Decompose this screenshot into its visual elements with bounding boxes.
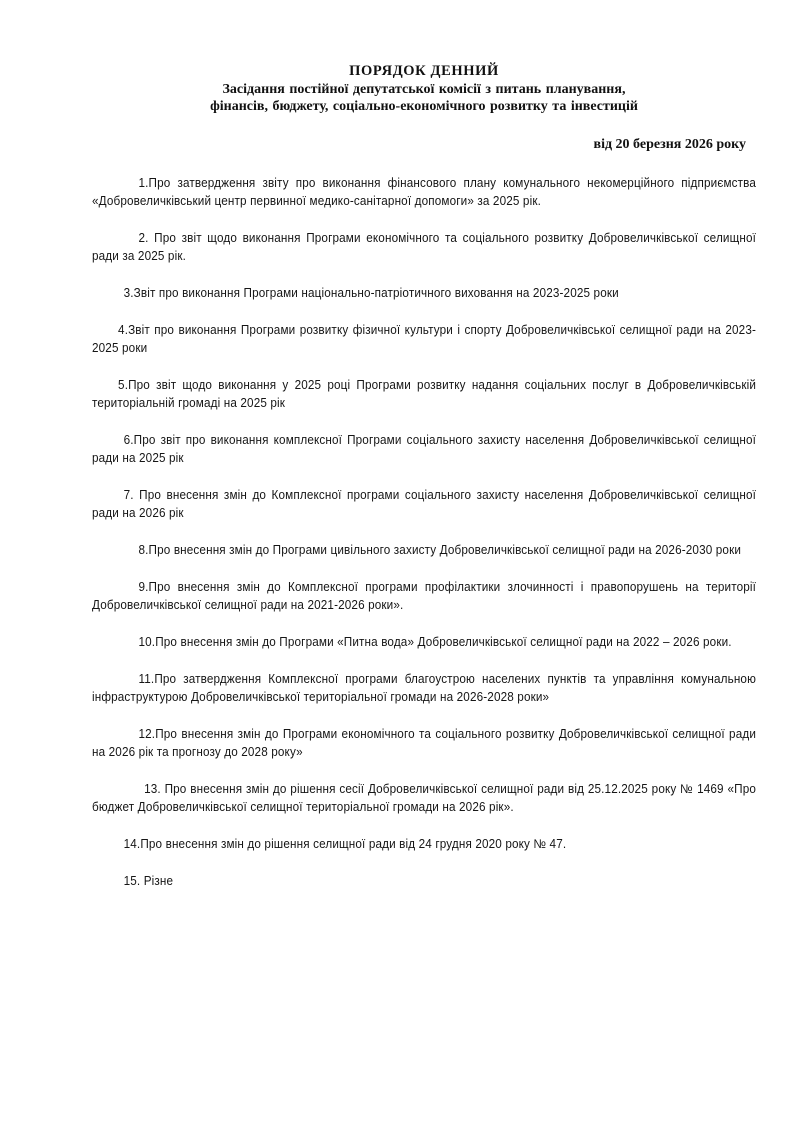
- agenda-item-number: 6.: [124, 433, 134, 447]
- document-subtitle-line-2: фінансів, бюджету, соціально-економічног…: [92, 98, 756, 115]
- document-title: ПОРЯДОК ДЕННИЙ: [92, 62, 756, 81]
- document-subtitle-line-1: Засідання постійної депутатської комісії…: [92, 81, 756, 98]
- agenda-item-15: 15. Різне: [92, 872, 756, 890]
- agenda-item-14: 14.Про внесення змін до рішення селищної…: [92, 835, 756, 853]
- agenda-item-6: 6.Про звіт про виконання комплексної Про…: [92, 431, 756, 467]
- agenda-item-text: Про внесення змін до рішення сесії Добро…: [92, 782, 756, 814]
- agenda-item-text: Про внесення змін до рішення селищної ра…: [140, 837, 566, 851]
- agenda-item-number: 7.: [124, 488, 140, 502]
- agenda-item-text: Звіт про виконання Програми розвитку фіз…: [92, 323, 756, 355]
- agenda-item-number: 8.: [139, 543, 149, 557]
- agenda-item-number: 1.: [139, 176, 149, 190]
- agenda-item-number: 15.: [124, 874, 144, 888]
- agenda-item-number: 3.: [124, 286, 134, 300]
- agenda-item-number: 13.: [144, 782, 165, 796]
- agenda-item-text: Про внесення змін до Комплексної програм…: [92, 488, 756, 520]
- agenda-item-text: Про внесення змін до Комплексної програм…: [92, 580, 756, 612]
- agenda-item-11: 11.Про затвердження Комплексної програми…: [92, 670, 756, 706]
- agenda-item-5: 5.Про звіт щодо виконання у 2025 році Пр…: [92, 376, 756, 412]
- agenda-item-text: Про внесення змін до Програми цивільного…: [149, 543, 741, 557]
- agenda-item-8: 8.Про внесення змін до Програми цивільно…: [92, 541, 756, 559]
- agenda-item-4: 4.Звіт про виконання Програми розвитку ф…: [92, 321, 756, 357]
- document-page: ПОРЯДОК ДЕННИЙ Засідання постійної депут…: [0, 0, 794, 1123]
- agenda-item-text: Звіт про виконання Програми національно-…: [134, 286, 619, 300]
- agenda-item-number: 9.: [139, 580, 149, 594]
- agenda-item-12: 12.Про внесення змін до Програми економі…: [92, 725, 756, 761]
- agenda-item-number: 12.: [139, 727, 156, 741]
- agenda-item-3: 3.Звіт про виконання Програми національн…: [92, 284, 756, 302]
- agenda-item-text: Про звіт щодо виконання Програми економі…: [92, 231, 756, 263]
- agenda-item-text: Про звіт щодо виконання у 2025 році Прог…: [92, 378, 756, 410]
- agenda-item-number: 11.: [139, 672, 155, 686]
- agenda-item-text: Про затвердження звіту про виконання фін…: [92, 176, 756, 208]
- agenda-item-number: 4.: [118, 323, 128, 337]
- agenda-item-2: 2. Про звіт щодо виконання Програми екон…: [92, 229, 756, 265]
- agenda-item-number: 5.: [118, 378, 128, 392]
- agenda-item-13: 13. Про внесення змін до рішення сесії Д…: [92, 780, 756, 816]
- agenda-item-number: 2.: [139, 231, 155, 245]
- agenda-item-text: Про внесення змін до Програми економічно…: [92, 727, 756, 759]
- document-date: від 20 березня 2026 року: [594, 136, 746, 154]
- agenda-item-text: Різне: [144, 874, 173, 888]
- document-header: ПОРЯДОК ДЕННИЙ Засідання постійної депут…: [92, 62, 756, 115]
- agenda-item-7: 7. Про внесення змін до Комплексної прог…: [92, 486, 756, 522]
- agenda-item-text: Про затвердження Комплексної програми бл…: [92, 672, 756, 704]
- agenda-item-number: 14.: [124, 837, 141, 851]
- agenda-item-text: Про внесення змін до Програми «Питна вод…: [155, 635, 731, 649]
- agenda-list: 1.Про затвердження звіту про виконання ф…: [92, 174, 756, 909]
- agenda-item-1: 1.Про затвердження звіту про виконання ф…: [92, 174, 756, 210]
- agenda-item-9: 9.Про внесення змін до Комплексної прогр…: [92, 578, 756, 614]
- agenda-item-text: Про звіт про виконання комплексної Прогр…: [92, 433, 756, 465]
- agenda-item-10: 10.Про внесення змін до Програми «Питна …: [92, 633, 756, 651]
- agenda-item-number: 10.: [139, 635, 156, 649]
